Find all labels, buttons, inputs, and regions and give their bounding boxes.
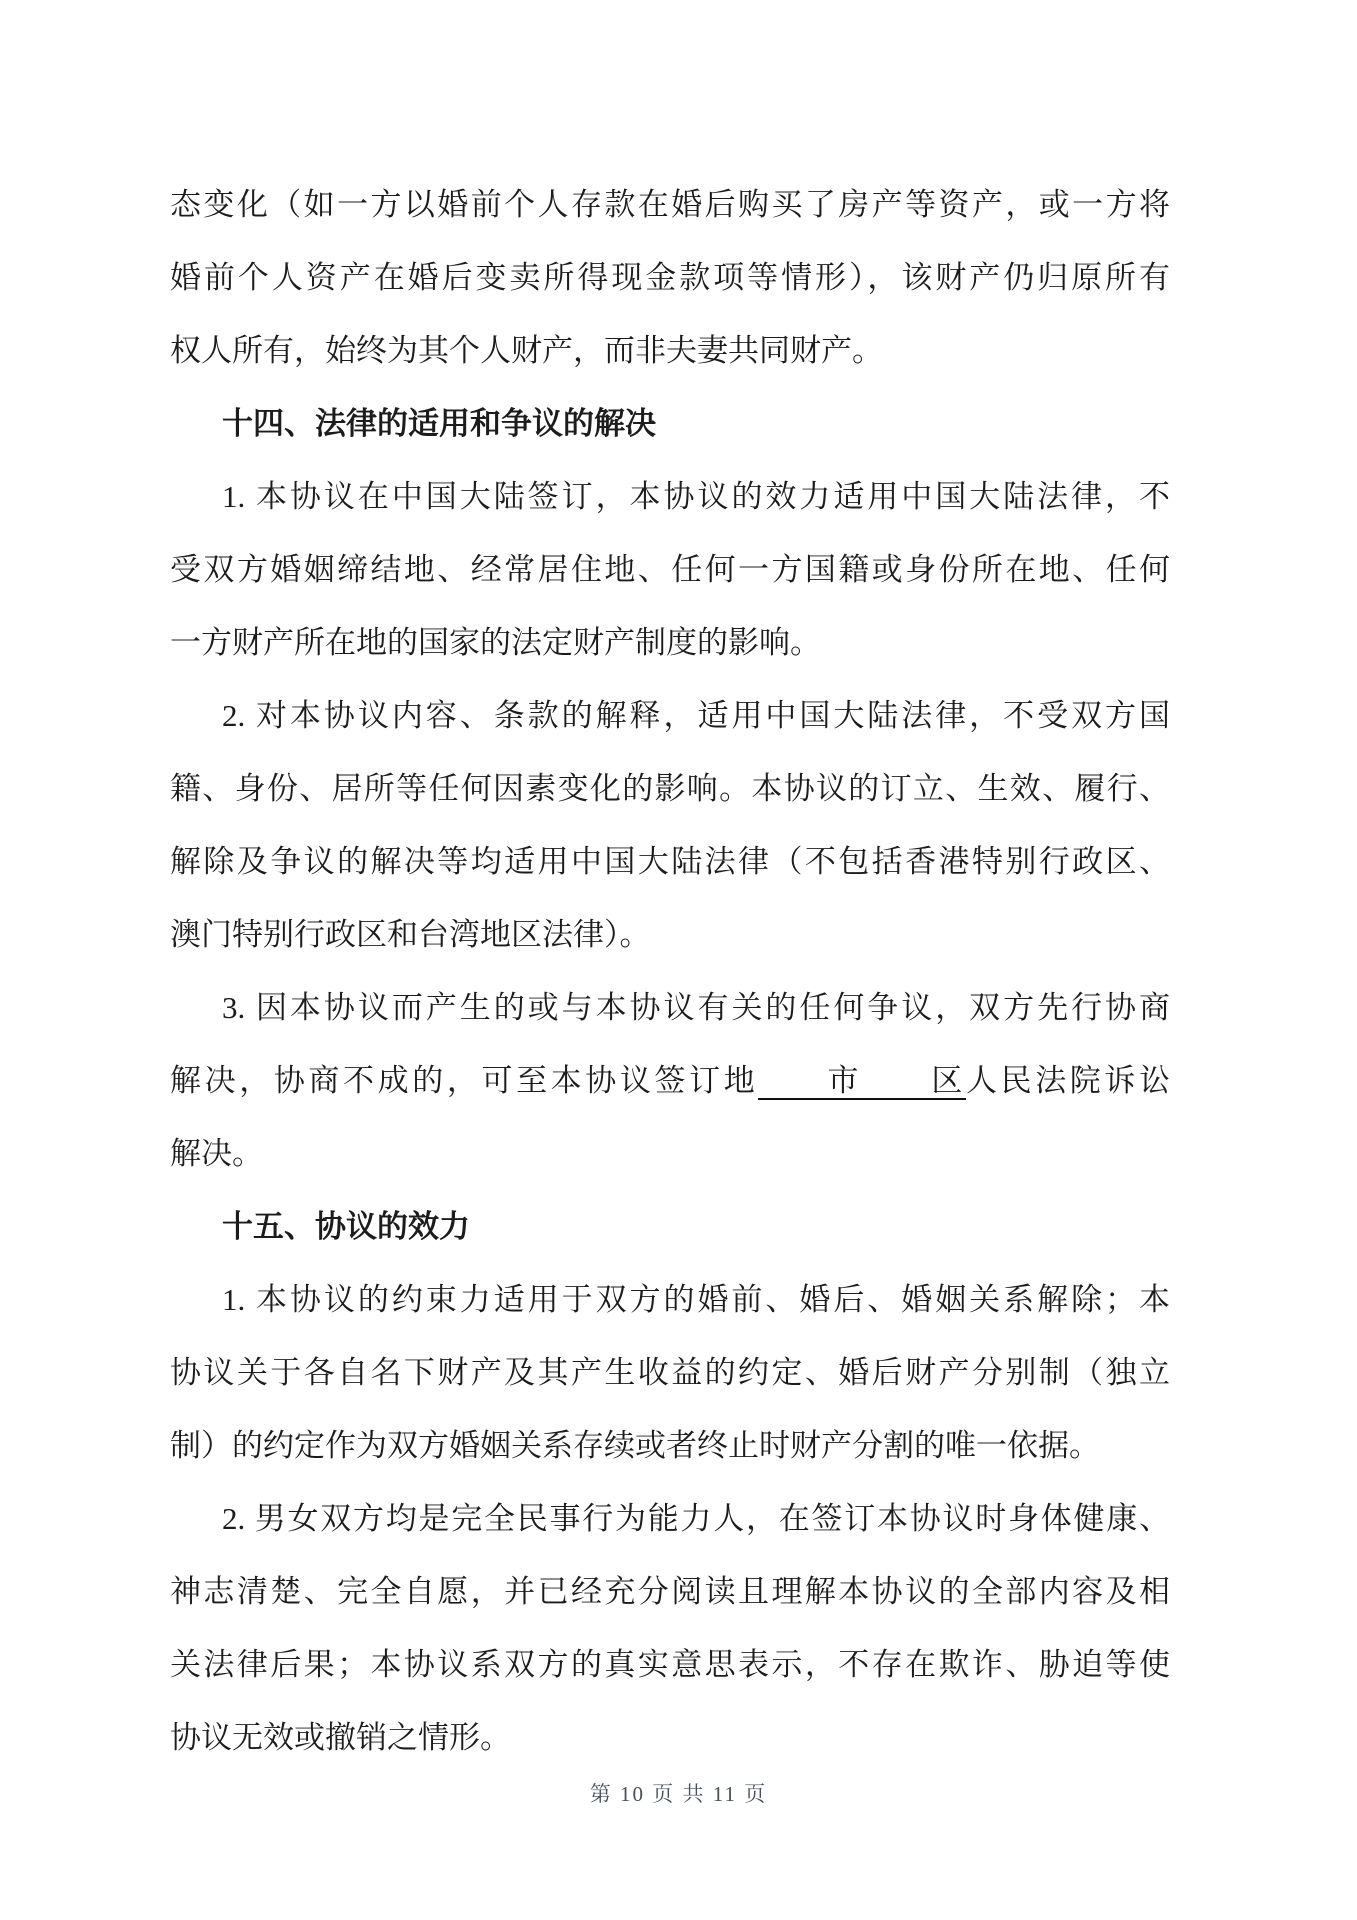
text-line: 2. 男女双方均是完全民事行为能力人，在签订本协议时身体健康、	[170, 1482, 1170, 1555]
text-line: 协议无效或撤销之情形。	[170, 1701, 1170, 1774]
text-line: 制）的约定作为双方婚姻关系存续或者终止时财产分割的唯一依据。	[170, 1409, 1170, 1482]
text-line: 2. 对本协议内容、条款的解释，适用中国大陆法律，不受双方国	[170, 679, 1170, 752]
text-segment: 人民法院诉讼	[966, 1063, 1170, 1098]
document-body: 态变化（如一方以婚前个人存款在婚后购买了房产等资产，或一方将婚前个人资产在婚后变…	[170, 168, 1170, 1774]
section-heading: 十四、法律的适用和争议的解决	[170, 387, 1170, 460]
text-line: 解除及争议的解决等均适用中国大陆法律（不包括香港特别行政区、	[170, 825, 1170, 898]
text-line: 关法律后果；本协议系双方的真实意思表示，不存在欺诈、胁迫等使	[170, 1628, 1170, 1701]
text-line: 婚前个人资产在婚后变卖所得现金款项等情形），该财产仍归原所有	[170, 241, 1170, 314]
text-line: 3. 因本协议而产生的或与本协议有关的任何争议，双方先行协商	[170, 971, 1170, 1044]
text-line: 1. 本协议的约束力适用于双方的婚前、婚后、婚姻关系解除；本	[170, 1263, 1170, 1336]
section-heading: 十五、协议的效力	[170, 1190, 1170, 1263]
text-segment: 解决，协商不成的，可至本协议签订地	[170, 1063, 758, 1098]
text-line: 解决。	[170, 1117, 1170, 1190]
text-line: 1. 本协议在中国大陆签订，本协议的效力适用中国大陆法律，不	[170, 460, 1170, 533]
text-line: 解决，协商不成的，可至本协议签订地 市 区人民法院诉讼	[170, 1044, 1170, 1117]
text-line: 权人所有，始终为其个人财产，而非夫妻共同财产。	[170, 314, 1170, 387]
text-line: 一方财产所在地的国家的法定财产制度的影响。	[170, 606, 1170, 679]
text-line: 态变化（如一方以婚前个人存款在婚后购买了房产等资产，或一方将	[170, 168, 1170, 241]
page-footer: 第 10 页 共 11 页	[0, 1782, 1357, 1806]
text-line: 受双方婚姻缔结地、经常居住地、任何一方国籍或身份所在地、任何	[170, 533, 1170, 606]
document-page: 态变化（如一方以婚前个人存款在婚后购买了房产等资产，或一方将婚前个人资产在婚后变…	[0, 0, 1357, 1920]
text-line: 籍、身份、居所等任何因素变化的影响。本协议的订立、生效、履行、	[170, 752, 1170, 825]
text-line: 协议关于各自名下财产及其产生收益的约定、婚后财产分别制（独立	[170, 1336, 1170, 1409]
text-line: 澳门特别行政区和台湾地区法律）。	[170, 898, 1170, 971]
fill-in-blank-underline: 市 区	[758, 1063, 966, 1100]
text-line: 神志清楚、完全自愿，并已经充分阅读且理解本协议的全部内容及相	[170, 1555, 1170, 1628]
page-number: 第 10 页 共 11 页	[590, 1782, 767, 1806]
